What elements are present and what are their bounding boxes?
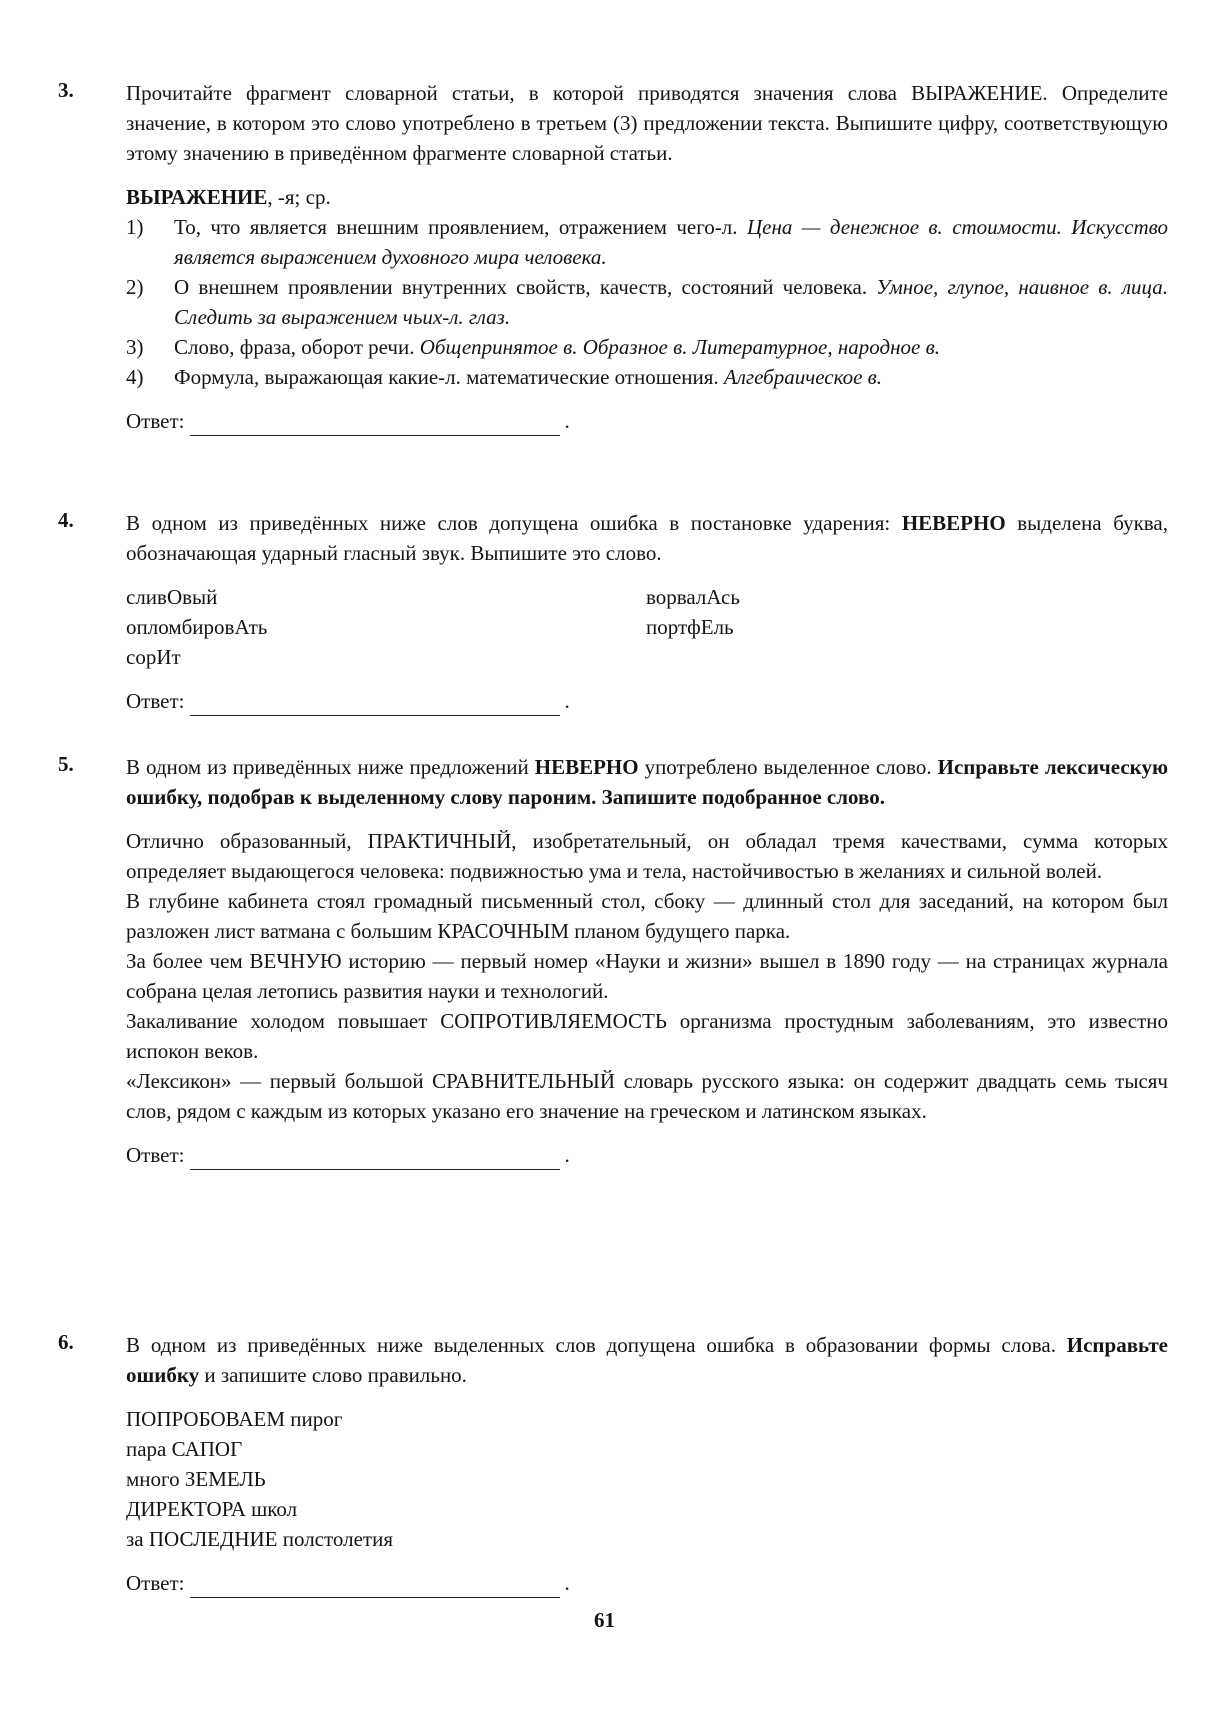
sentence: За более чем ВЕЧНУЮ историю — первый ном… [126, 946, 1168, 1006]
answer-blank[interactable] [190, 693, 560, 716]
phrase-list: ПОПРОБОВАЕМ пирог пара САПОГ много ЗЕМЕЛ… [126, 1404, 1168, 1554]
phrase-item: много ЗЕМЕЛЬ [126, 1464, 1168, 1494]
dictionary-grammar: , -я; ср. [267, 185, 330, 209]
task-number: 4. [58, 508, 74, 533]
dictionary-headword: ВЫРАЖЕНИЕ [126, 185, 267, 209]
sense-examples: Алгебраическое в. [724, 365, 882, 389]
answer-blank[interactable] [190, 413, 560, 436]
task-4: 4. В одном из приведённых ниже слов допу… [58, 508, 1168, 716]
answer-label: Ответ: [126, 1140, 184, 1170]
dictionary-sense: 2) О внешнем проявлении внутренних свойс… [126, 272, 1168, 332]
answer-row: Ответ: . [126, 1140, 1168, 1170]
task-number: 5. [58, 752, 74, 777]
task-prompt: Прочитайте фрагмент словарной статьи, в … [126, 78, 1168, 168]
sense-number: 3) [126, 332, 174, 362]
word-item: портфЕль [646, 612, 1046, 642]
task-number: 3. [58, 78, 74, 103]
phrase-item: ПОПРОБОВАЕМ пирог [126, 1404, 1168, 1434]
answer-label: Ответ: [126, 406, 184, 436]
task-5: 5. В одном из приведённых ниже предложен… [58, 752, 1168, 1170]
answer-label: Ответ: [126, 686, 184, 716]
answer-label: Ответ: [126, 1568, 184, 1598]
word-item: ворвалАсь [646, 582, 1046, 612]
word-item: сливОвый [126, 582, 646, 612]
task-prompt: В одном из приведённых ниже выделенных с… [126, 1330, 1168, 1390]
task-6: 6. В одном из приведённых ниже выделенны… [58, 1330, 1168, 1598]
dictionary-entry-header: ВЫРАЖЕНИЕ, -я; ср. [126, 182, 1168, 212]
answer-row: Ответ: . [126, 686, 1168, 716]
dictionary-sense: 4) Формула, выражающая какие-л. математи… [126, 362, 1168, 392]
task-prompt: В одном из приведённых ниже предложений … [126, 752, 1168, 812]
answer-row: Ответ: . [126, 406, 1168, 436]
sense-definition: Слово, фраза, оборот речи. [174, 335, 415, 359]
task-3: 3. Прочитайте фрагмент словарной статьи,… [58, 78, 1168, 436]
task-number: 6. [58, 1330, 74, 1355]
answer-row: Ответ: . [126, 1568, 1168, 1598]
dictionary-sense: 3) Слово, фраза, оборот речи. Общепринят… [126, 332, 1168, 362]
sense-definition: То, что является внешним проявлением, от… [174, 215, 738, 239]
sense-examples: Общепринятое в. Образное в. Литературное… [420, 335, 940, 359]
sense-definition: Формула, выражающая какие-л. математичес… [174, 365, 719, 389]
page-number: 61 [594, 1608, 615, 1633]
word-column-1: сливОвый опломбировАть сорИт [126, 582, 646, 672]
task-prompt: В одном из приведённых ниже слов допущен… [126, 508, 1168, 568]
answer-blank[interactable] [190, 1147, 560, 1170]
word-item: опломбировАть [126, 612, 646, 642]
textbook-page: 3. Прочитайте фрагмент словарной статьи,… [0, 0, 1222, 1712]
sentence: «Лексикон» — первый большой СРАВНИТЕЛЬНЫ… [126, 1066, 1168, 1126]
dictionary-sense: 1) То, что является внешним проявлением,… [126, 212, 1168, 272]
word-list: сливОвый опломбировАть сорИт ворвалАсь п… [126, 582, 1168, 672]
word-column-2: ворвалАсь портфЕль [646, 582, 1046, 672]
sense-number: 4) [126, 362, 174, 392]
phrase-item: пара САПОГ [126, 1434, 1168, 1464]
sense-definition: О внешнем проявлении внутренних свойств,… [174, 275, 867, 299]
sentence-list: Отлично образованный, ПРАКТИЧНЫЙ, изобре… [126, 826, 1168, 1126]
sentence: В глубине кабинета стоял громадный письм… [126, 886, 1168, 946]
sentence: Закаливание холодом повышает СОПРОТИВЛЯЕ… [126, 1006, 1168, 1066]
answer-blank[interactable] [190, 1575, 560, 1598]
word-item: сорИт [126, 642, 646, 672]
phrase-item: ДИРЕКТОРА школ [126, 1494, 1168, 1524]
phrase-item: за ПОСЛЕДНИЕ полстолетия [126, 1524, 1168, 1554]
sentence: Отлично образованный, ПРАКТИЧНЫЙ, изобре… [126, 826, 1168, 886]
sense-number: 2) [126, 272, 174, 332]
sense-number: 1) [126, 212, 174, 272]
